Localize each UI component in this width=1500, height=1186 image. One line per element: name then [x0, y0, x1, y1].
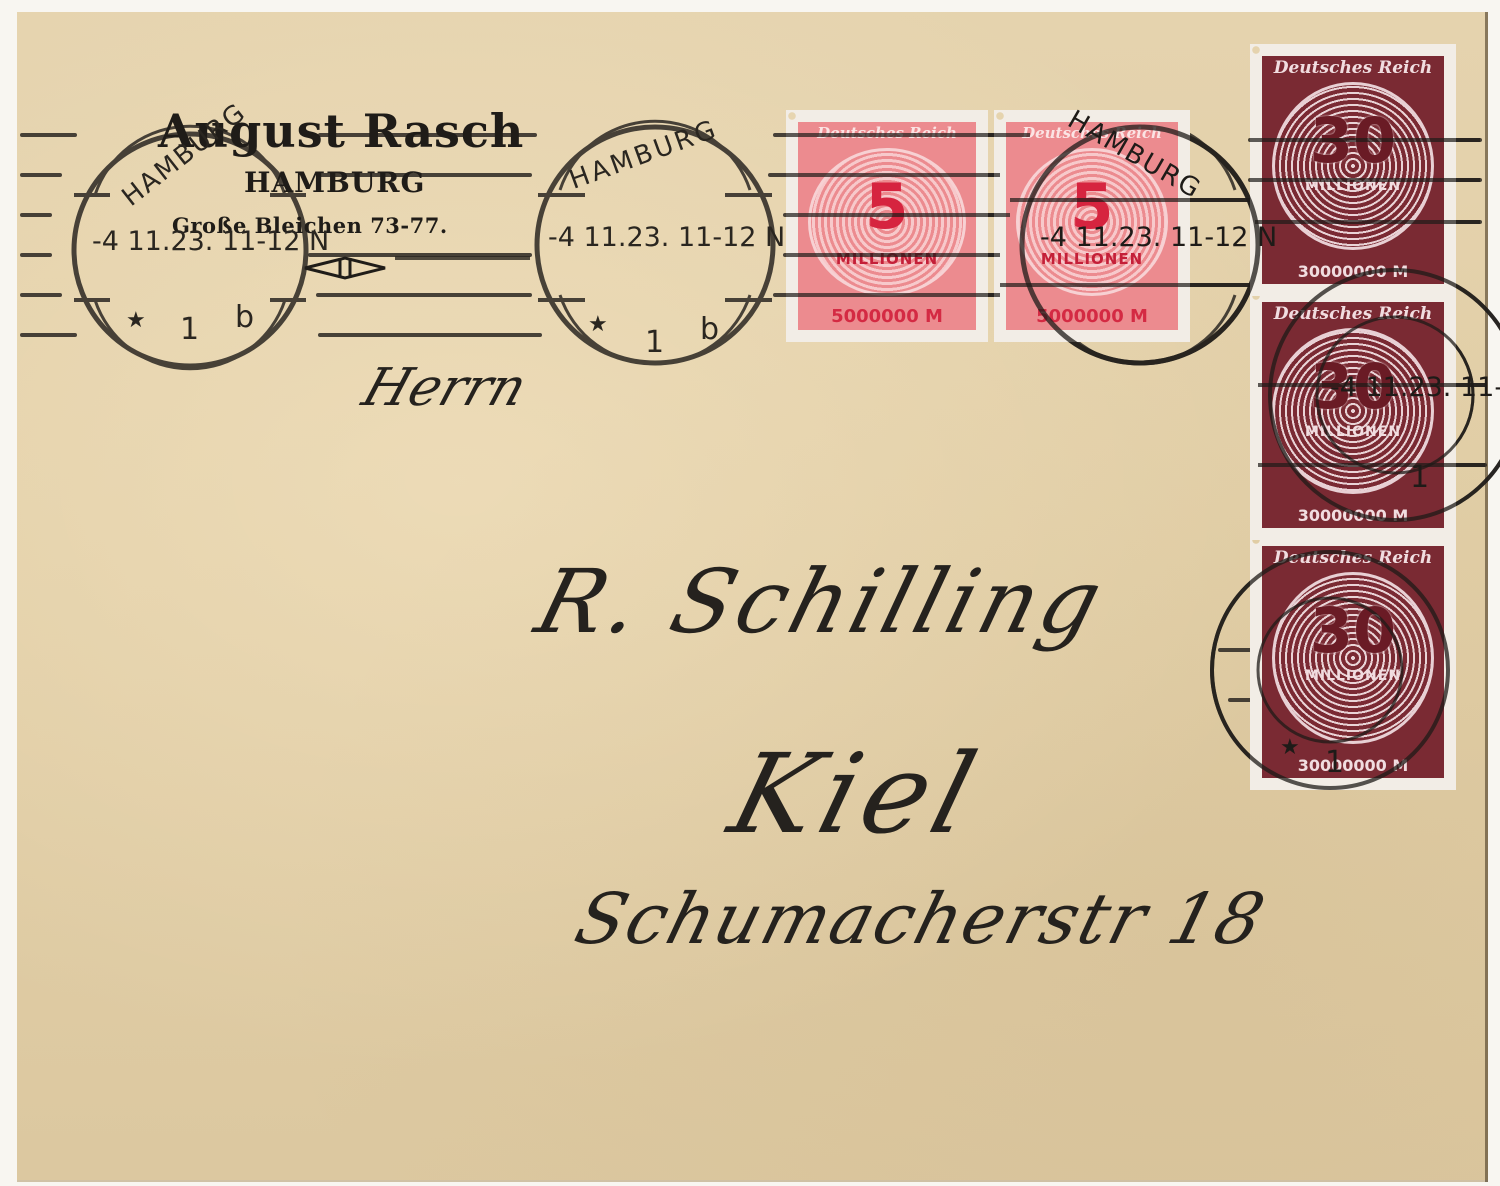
stamp-denomination: 5000000 M	[798, 306, 976, 327]
stamp-value: 30	[1262, 104, 1444, 177]
postmark-star: ★	[588, 312, 608, 337]
postmark-letter: b	[700, 312, 719, 347]
postmark-office: 1	[180, 312, 199, 347]
stamp-denomination: 30000000 M	[1262, 262, 1444, 281]
postmark-date: -4 11.23. 11-12 N	[548, 222, 785, 253]
address-name: R. Schilling	[526, 550, 1116, 653]
stamp-denomination: 5000000 M	[1006, 306, 1178, 327]
postmark-star: ★	[126, 308, 146, 333]
stamp-denomination: 30000000 M	[1262, 506, 1444, 525]
stamp-value: 5	[798, 170, 976, 243]
stamp-word: MILLIONEN	[1262, 668, 1444, 684]
sender-city: HAMBURG	[244, 166, 425, 199]
address-street: Schumacherstr 18	[567, 878, 1274, 960]
stamp-country: Deutsches Reich	[798, 124, 976, 142]
postmark-letter: b	[235, 300, 254, 335]
postmark-date: -4 11.23. 11-1	[1330, 372, 1500, 403]
address-city: Kiel	[718, 730, 994, 858]
stamp-country: Deutsches Reich	[1262, 304, 1444, 324]
address-salutation: Herrn	[355, 358, 534, 418]
stamp-5-millionen: Deutsches Reich 5 MILLIONEN 5000000 M	[786, 110, 988, 342]
postmark-star: ★	[1280, 735, 1300, 760]
stamp-30-millionen: Deutsches Reich 30 MILLIONEN 30000000 M	[1250, 44, 1456, 296]
stamp-country: Deutsches Reich	[1262, 548, 1444, 568]
stamp-word: MILLIONEN	[1262, 178, 1444, 194]
postmark-date: -4 11.23. 11-12 N	[1040, 222, 1277, 253]
postmark-office: 1	[1410, 460, 1429, 495]
stamp-word: MILLIONEN	[1262, 424, 1444, 440]
stamp-30-millionen: Deutsches Reich 30 MILLIONEN 30000000 M	[1250, 290, 1456, 540]
postmark-office: 1	[1325, 745, 1344, 780]
stamp-country: Deutsches Reich	[1262, 58, 1444, 78]
postmark-date: -4 11.23. 11-12 N	[92, 226, 329, 257]
stamp-value: 30	[1262, 594, 1444, 667]
postmark-office: 1	[645, 325, 664, 360]
stamp-word: MILLIONEN	[798, 250, 976, 268]
